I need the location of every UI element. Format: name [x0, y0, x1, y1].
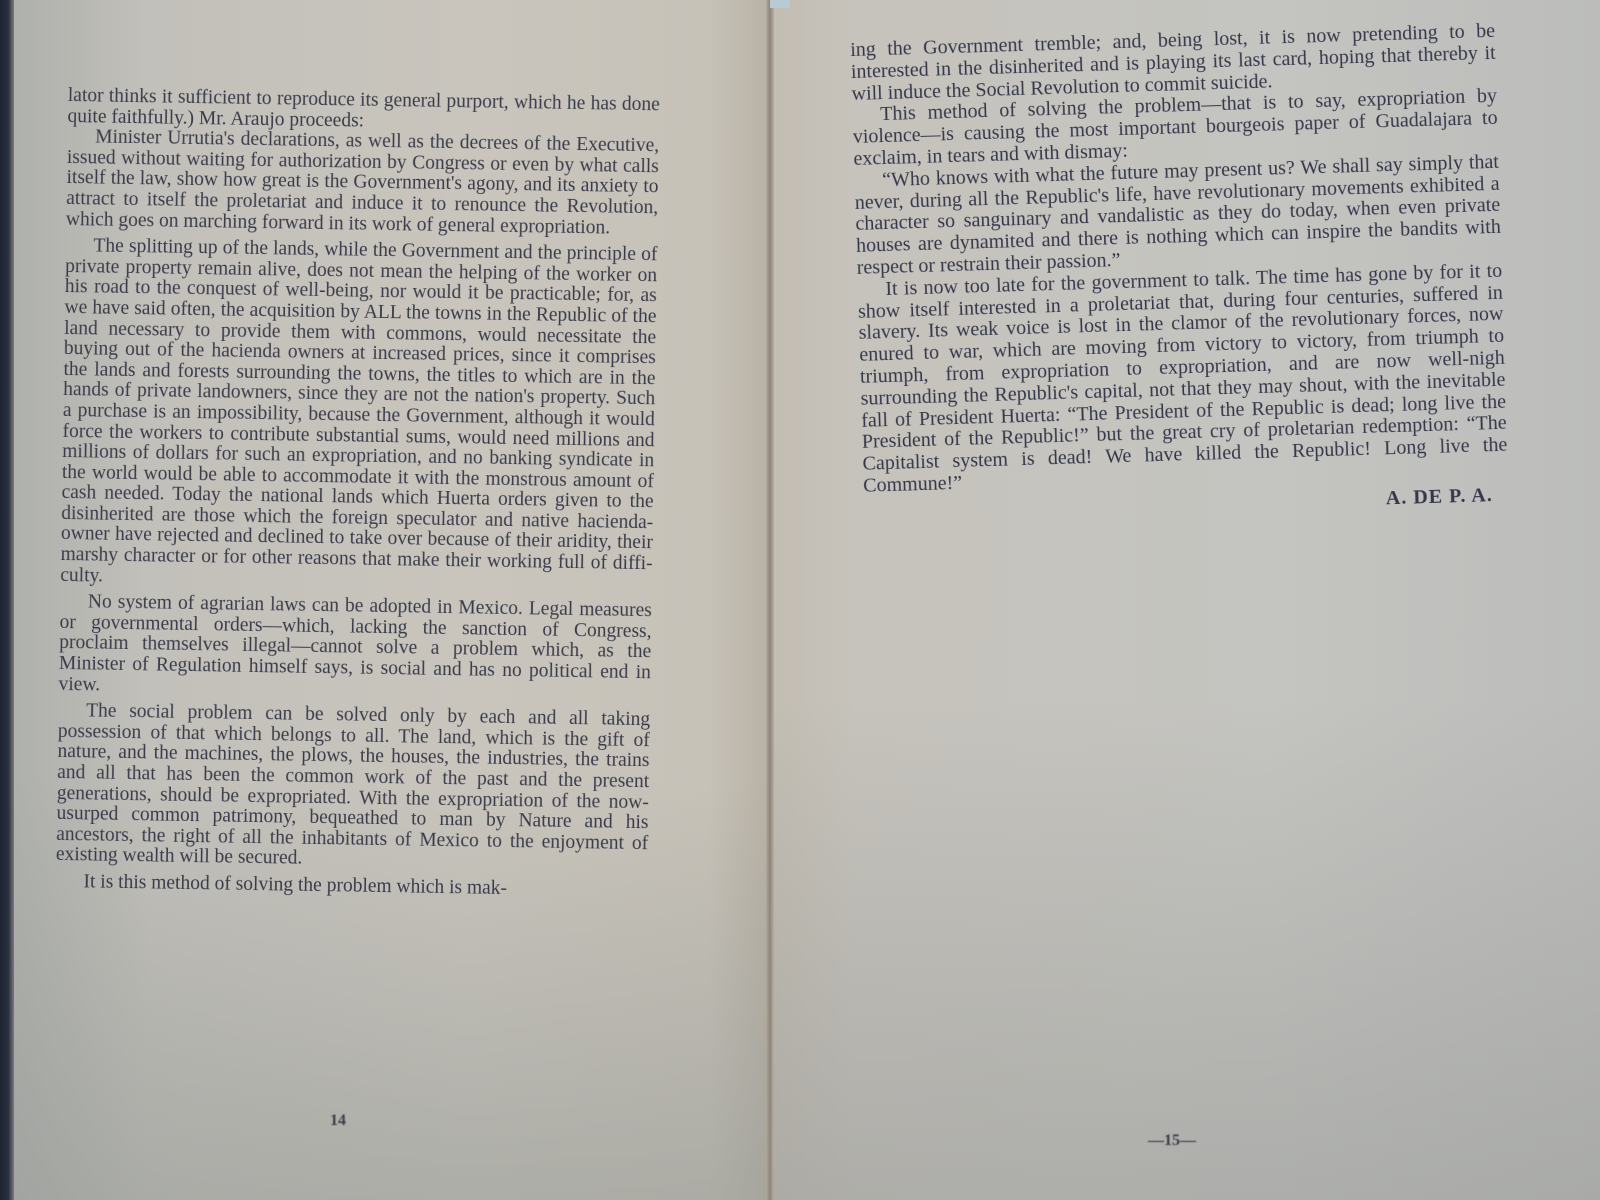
page-number-right: —15— — [1148, 1132, 1196, 1150]
paragraph: “Who knows with what the future may pres… — [854, 152, 1502, 280]
left-page-text: lator thinks it sufficient to reproduce … — [55, 86, 660, 902]
open-book-spread: lator thinks it sufficient to reproduce … — [0, 0, 1600, 1200]
page-number-left: 14 — [330, 1112, 346, 1130]
book-gutter — [766, 0, 774, 1200]
paragraph: Minister Urrutia's declarations, as well… — [66, 127, 660, 239]
paragraph: It is now too late for the government to… — [857, 261, 1508, 498]
paragraph: No system of agrarian laws can be adopte… — [58, 592, 652, 704]
paragraph: The social problem can be solved only by… — [56, 701, 651, 875]
right-page-text: ing the Government tremble; and, being l… — [850, 21, 1509, 525]
background-gap — [770, 0, 790, 8]
paragraph: The splitting up of the lands, while the… — [60, 236, 657, 595]
book-cover-edge — [0, 0, 14, 1200]
